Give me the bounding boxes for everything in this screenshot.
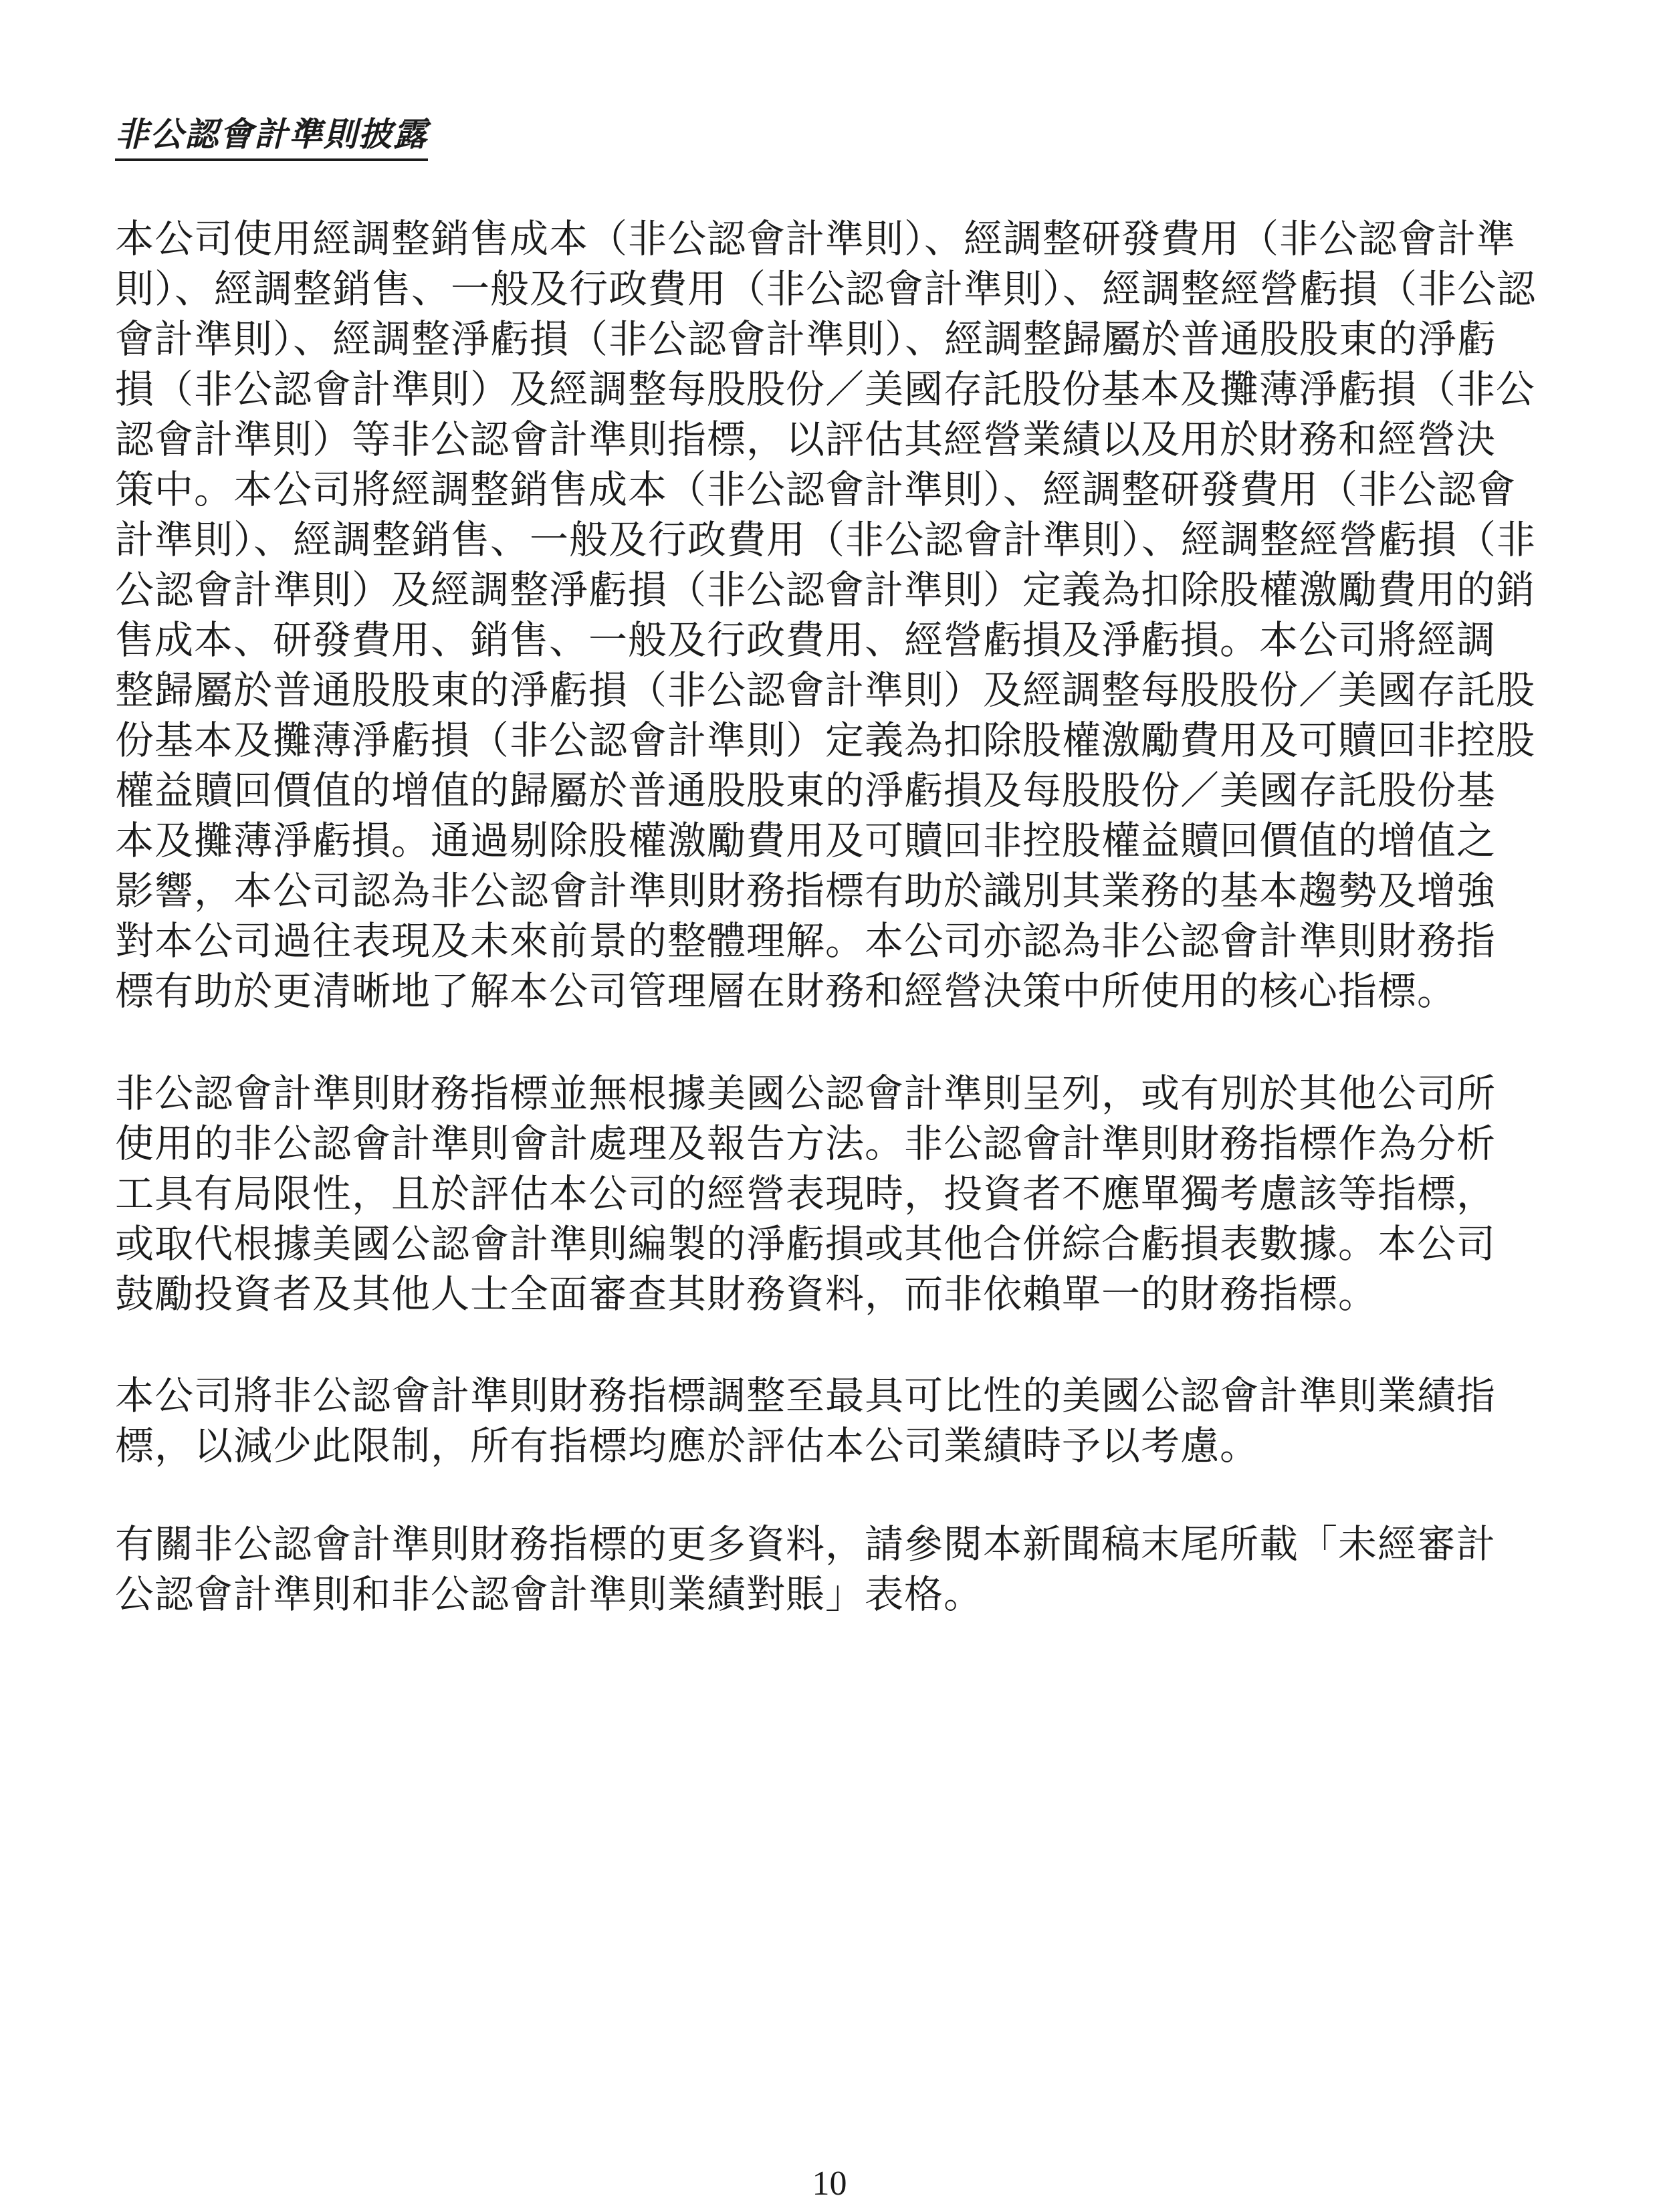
text-line: 本及攤薄淨虧損。通過剔除股權激勵費用及可贖回非控股權益贖回價值的增值之 — [115, 816, 1541, 866]
text-line: 份基本及攤薄淨虧損（非公認會計準則）定義為扣除股權激勵費用及可贖回非控股 — [115, 715, 1541, 766]
text-line: 整歸屬於普通股股東的淨虧損（非公認會計準則）及經調整每股股份／美國存託股 — [115, 665, 1541, 715]
text-line: 工具有局限性，且於評估本公司的經營表現時，投資者不應單獨考慮該等指標， — [115, 1169, 1541, 1219]
text-line: 本公司將非公認會計準則財務指標調整至最具可比性的美國公認會計準則業績指 — [115, 1371, 1541, 1421]
paragraph-3: 本公司將非公認會計準則財務指標調整至最具可比性的美國公認會計準則業績指 標，以減… — [115, 1371, 1541, 1471]
document-page: 非公認會計準則披露 本公司使用經調整銷售成本（非公認會計準則）、經調整研發費用（… — [0, 0, 1659, 2212]
text-line: 認會計準則）等非公認會計準則指標，以評估其經營業績以及用於財務和經營決 — [115, 415, 1541, 465]
text-line: 或取代根據美國公認會計準則編製的淨虧損或其他合併綜合虧損表數據。本公司 — [115, 1219, 1541, 1269]
text-line: 售成本、研發費用、銷售、一般及行政費用、經營虧損及淨虧損。本公司將經調 — [115, 615, 1541, 665]
text-line: 計準則）、經調整銷售、一般及行政費用（非公認會計準則）、經調整經營虧損（非 — [115, 515, 1541, 565]
text-line: 損（非公認會計準則）及經調整每股股份／美國存託股份基本及攤薄淨虧損（非公 — [115, 364, 1541, 415]
text-line: 對本公司過往表現及未來前景的整體理解。本公司亦認為非公認會計準則財務指 — [115, 916, 1541, 966]
text-line: 權益贖回價值的增值的歸屬於普通股股東的淨虧損及每股股份／美國存託股份基 — [115, 766, 1541, 816]
text-line: 則）、經調整銷售、一般及行政費用（非公認會計準則）、經調整經營虧損（非公認 — [115, 264, 1541, 314]
text-line: 使用的非公認會計準則會計處理及報告方法。非公認會計準則財務指標作為分析 — [115, 1119, 1541, 1169]
section-title: 非公認會計準則披露 — [115, 116, 428, 161]
text-line: 公認會計準則）及經調整淨虧損（非公認會計準則）定義為扣除股權激勵費用的銷 — [115, 565, 1541, 615]
text-line: 影響，本公司認為非公認會計準則財務指標有助於識別其業務的基本趨勢及增強 — [115, 866, 1541, 916]
text-line: 非公認會計準則財務指標並無根據美國公認會計準則呈列，或有別於其他公司所 — [115, 1069, 1541, 1119]
text-line: 鼓勵投資者及其他人士全面審查其財務資料，而非依賴單一的財務指標。 — [115, 1269, 1541, 1319]
text-line: 公認會計準則和非公認會計準則業績對賬」表格。 — [115, 1569, 1541, 1620]
paragraph-2: 非公認會計準則財務指標並無根據美國公認會計準則呈列，或有別於其他公司所 使用的非… — [115, 1069, 1541, 1319]
paragraph-1: 本公司使用經調整銷售成本（非公認會計準則）、經調整研發費用（非公認會計準 則）、… — [115, 214, 1541, 1016]
text-line: 有關非公認會計準則財務指標的更多資料，請參閱本新聞稿末尾所載「未經審計 — [115, 1519, 1541, 1569]
text-line: 標，以減少此限制，所有指標均應於評估本公司業績時予以考慮。 — [115, 1421, 1541, 1471]
paragraph-4: 有關非公認會計準則財務指標的更多資料，請參閱本新聞稿末尾所載「未經審計 公認會計… — [115, 1519, 1541, 1620]
text-line: 標有助於更清晰地了解本公司管理層在財務和經營決策中所使用的核心指標。 — [115, 966, 1541, 1016]
text-line: 策中。本公司將經調整銷售成本（非公認會計準則）、經調整研發費用（非公認會 — [115, 465, 1541, 515]
text-line: 本公司使用經調整銷售成本（非公認會計準則）、經調整研發費用（非公認會計準 — [115, 214, 1541, 264]
page-number: 10 — [0, 2165, 1659, 2203]
text-line: 會計準則）、經調整淨虧損（非公認會計準則）、經調整歸屬於普通股股東的淨虧 — [115, 314, 1541, 364]
